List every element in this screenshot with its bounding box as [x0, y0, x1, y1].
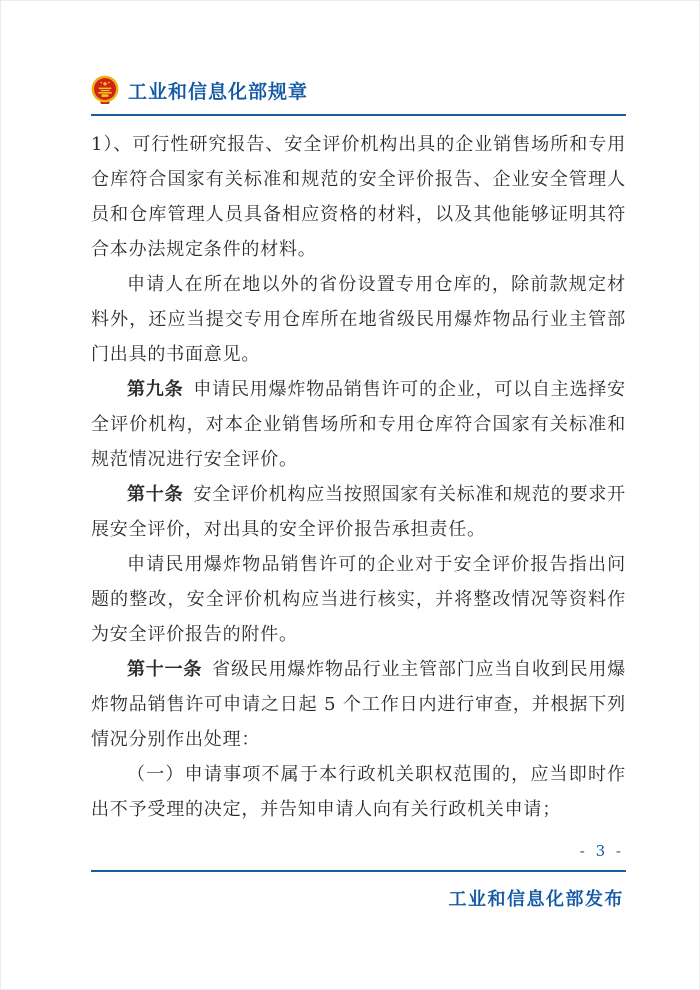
footer-rule: [91, 870, 626, 872]
header-title: 工业和信息化部规章: [128, 77, 308, 104]
document-page: 工业和信息化部规章 1）、可行性研究报告、安全评价机构出具的企业销售场所和专用仓…: [0, 0, 700, 990]
paragraph: （一）申请事项不属于本行政机关职权范围的，应当即时作出不予受理的决定，并告知申请…: [91, 757, 626, 827]
paragraph: 1）、可行性研究报告、安全评价机构出具的企业销售场所和专用仓库符合国家有关标准和…: [91, 127, 626, 267]
publisher-label: 工业和信息化部发布: [449, 885, 625, 911]
page-number: - 3 -: [580, 842, 624, 860]
paragraph-text: 1）、可行性研究报告、安全评价机构出具的企业销售场所和专用仓库符合国家有关标准和…: [91, 134, 626, 260]
document-body: 1）、可行性研究报告、安全评价机构出具的企业销售场所和专用仓库符合国家有关标准和…: [91, 127, 626, 827]
paragraph: 第九条申请民用爆炸物品销售许可的企业，可以自主选择安全评价机构，对本企业销售场所…: [91, 372, 626, 477]
header-rule: [91, 114, 626, 116]
paragraph: 申请人在所在地以外的省份设置专用仓库的，除前款规定材料外，还应当提交专用仓库所在…: [91, 267, 626, 372]
paragraph: 第十一条省级民用爆炸物品行业主管部门应当自收到民用爆炸物品销售许可申请之日起 5…: [91, 652, 626, 757]
paragraph-text: 申请人在所在地以外的省份设置专用仓库的，除前款规定材料外，还应当提交专用仓库所在…: [91, 274, 626, 365]
header-row: 工业和信息化部规章: [91, 75, 626, 105]
china-national-emblem-icon: [91, 75, 119, 105]
paragraph: 申请民用爆炸物品销售许可的企业对于安全评价报告指出问题的整改，安全评价机构应当进…: [91, 547, 626, 652]
paragraph-text: 申请民用爆炸物品销售许可的企业对于安全评价报告指出问题的整改，安全评价机构应当进…: [91, 554, 626, 645]
paragraph-text: （一）申请事项不属于本行政机关职权范围的，应当即时作出不予受理的决定，并告知申请…: [91, 764, 626, 820]
paragraph-lead: 第十条: [127, 484, 183, 505]
paragraph-lead: 第九条: [127, 379, 183, 400]
paragraph: 第十条安全评价机构应当按照国家有关标准和规范的要求开展安全评价，对出具的安全评价…: [91, 477, 626, 547]
document-header: 工业和信息化部规章: [91, 75, 626, 116]
paragraph-lead: 第十一条: [127, 659, 202, 680]
